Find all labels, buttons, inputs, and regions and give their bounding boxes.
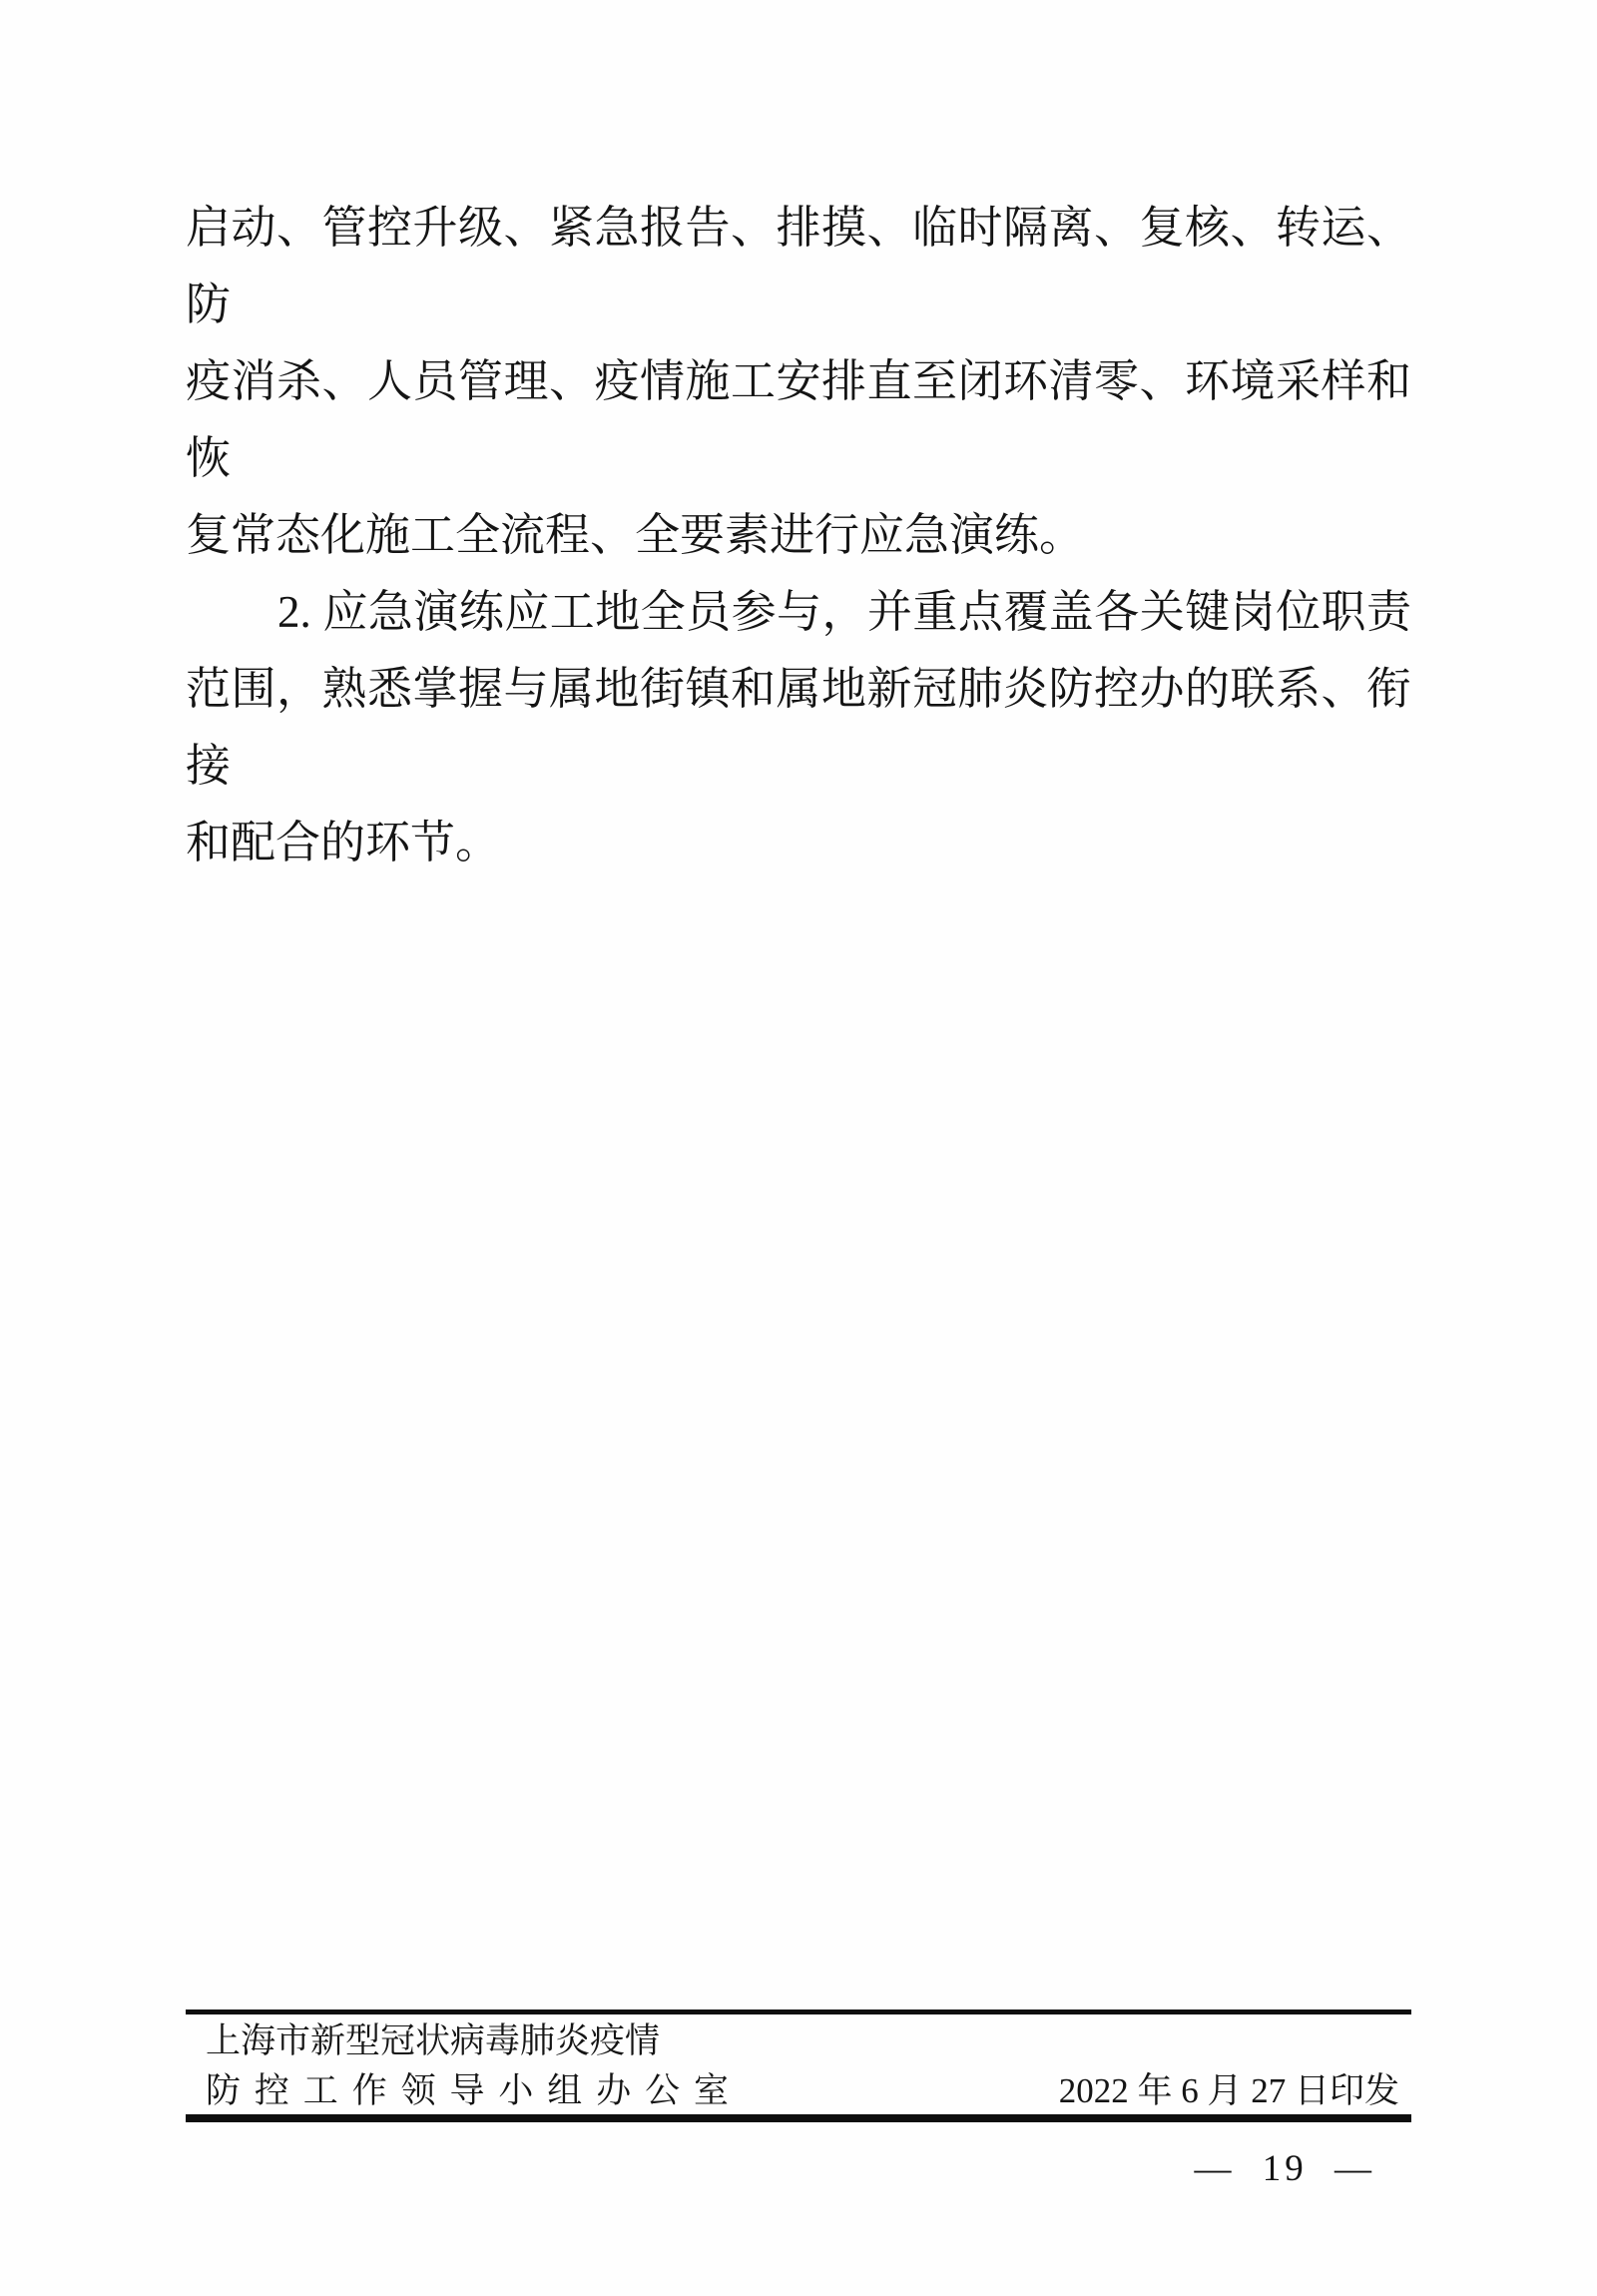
paragraph-1-line-2: 疫消杀、人员管理、疫情施工安排直至闭环清零、环境采样和恢 <box>186 343 1411 497</box>
paragraph-2-line-2: 范围，熟悉掌握与属地街镇和属地新冠肺炎防控办的联系、衔接 <box>186 651 1411 805</box>
paragraph-1-line-1: 启动、管控升级、紧急报告、排摸、临时隔离、复核、转运、防 <box>186 190 1411 343</box>
footer-rule-bottom <box>186 2114 1411 2122</box>
paragraph-2-line-3: 和配合的环节。 <box>186 805 1411 881</box>
paragraph-2: 2. 应急演练应工地全员参与，并重点覆盖各关键岗位职责 范围，熟悉掌握与属地街镇… <box>186 574 1411 881</box>
document-page: 启动、管控升级、紧急报告、排摸、临时隔离、复核、转运、防 疫消杀、人员管理、疫情… <box>0 0 1597 2296</box>
paragraph-1-line-3: 复常态化施工全流程、全要素进行应急演练。 <box>186 497 1411 574</box>
paragraph-1: 启动、管控升级、紧急报告、排摸、临时隔离、复核、转运、防 疫消杀、人员管理、疫情… <box>186 190 1411 574</box>
body-text: 启动、管控升级、紧急报告、排摸、临时隔离、复核、转运、防 疫消杀、人员管理、疫情… <box>186 190 1411 881</box>
page-number: — 19 — <box>1195 2146 1376 2192</box>
footer-issuer-line-2: 防控工作领导小组办公室 <box>206 2066 729 2116</box>
footer-issuer-line-1: 上海市新型冠状病毒肺炎疫情 <box>206 2016 729 2066</box>
footer-issuer-block: 上海市新型冠状病毒肺炎疫情 防控工作领导小组办公室 <box>206 2016 729 2116</box>
paragraph-2-line-1: 2. 应急演练应工地全员参与，并重点覆盖各关键岗位职责 <box>186 574 1411 651</box>
footer-print-date: 2022 年 6 月 27 日印发 <box>1059 2066 1399 2116</box>
footer-rule-top <box>186 2009 1411 2014</box>
